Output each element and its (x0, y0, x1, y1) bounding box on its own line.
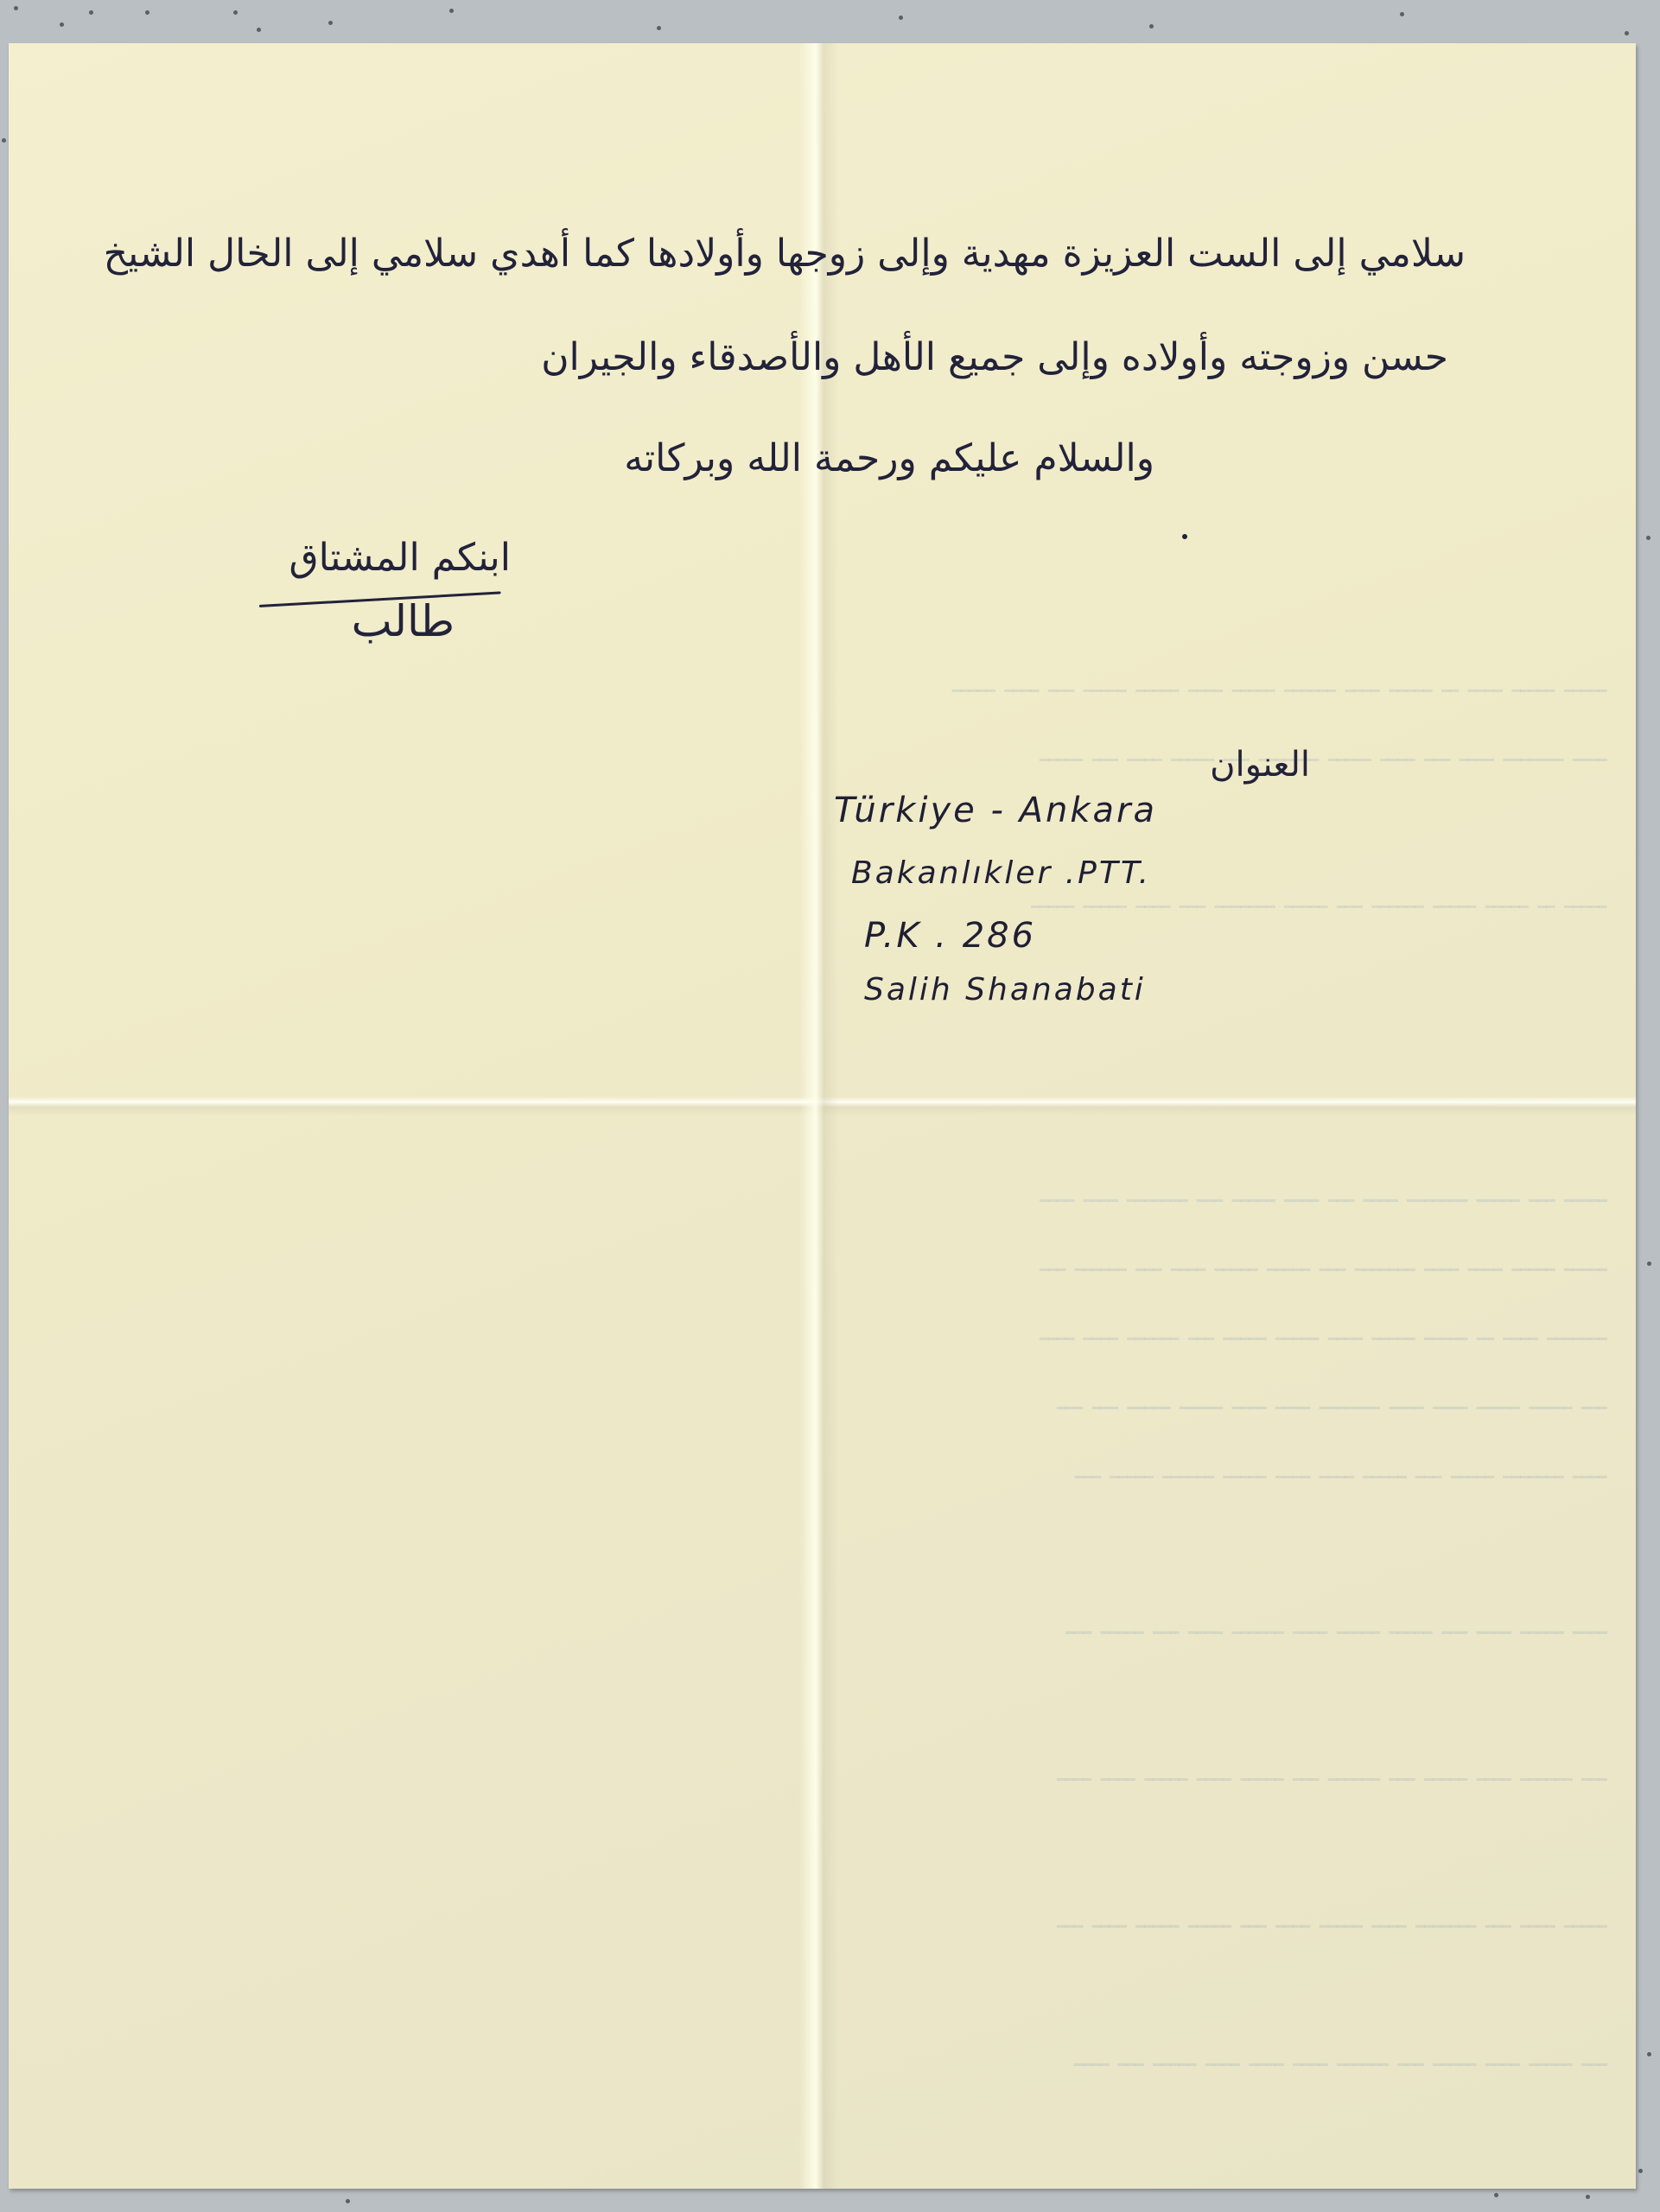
bleed-through-text: ـــــــ ــــ ــ ـــــ ـــــ ــــ ـــــ ـ… (225, 1313, 1607, 1348)
background-speck (657, 26, 661, 30)
letter-line-3: والسلام عليكم ورحمة الله وبركاته (463, 436, 1154, 480)
bleed-through-text: ـــ ــــــ ــــ ـــــ ـــ ــــــ ـــ ـــ… (225, 1754, 1607, 1789)
signature-name: طالب (282, 596, 455, 646)
address-line-2: Bakanlıkler .PTT. (851, 855, 1151, 891)
background-speck (1494, 2193, 1498, 2197)
background-speck (1638, 2169, 1643, 2173)
bleed-through-text: ــــ ـــــ ــــ ـــ ـــــ ـــــ ــــ ـــ… (225, 1607, 1607, 1642)
background-speck (233, 10, 238, 15)
background-speck (328, 21, 333, 25)
background-speck (1646, 536, 1650, 540)
address-line-3: P.K . 286 (864, 916, 1036, 956)
bleed-through-text: ـــ ـــــ ـــــ ــــ ــــ ـــــــ ــــ ـ… (225, 1382, 1607, 1417)
address-label: العنوان (1051, 745, 1310, 785)
background-speck (346, 2199, 350, 2203)
bleed-through-text: ــــ ـــــــ ــــ ـــ ــــ ـــــ ـــــــ… (225, 734, 1607, 769)
background-speck (1149, 24, 1154, 29)
background-speck (899, 16, 903, 20)
background-speck (60, 22, 64, 27)
background-speck (1625, 31, 1629, 35)
letter-line-2: حسن وزوجته وأولاده وإلى جميع الأهل والأص… (325, 335, 1448, 379)
background-speck (1647, 1262, 1651, 1266)
bleed-through-text: ـــــ ـــ ـــــ ـــــــ ــــ ـــ ــــ ــ… (225, 1175, 1607, 1210)
background-speck (1647, 2052, 1651, 2056)
address-line-1: Türkiye - Ankara (834, 791, 1157, 830)
bleed-through-text: ـــ ـــــ ــــ ـــــ ـــ ــــــ ــــ ـــ… (225, 2039, 1607, 2074)
background-speck (1400, 12, 1404, 16)
ink-dot (1182, 534, 1187, 539)
background-speck (257, 28, 261, 32)
bleed-through-text: ـــــ ـــــ ــــ ــــ ـــــــ ـــ ـــــ … (225, 1244, 1607, 1279)
background-speck (145, 10, 149, 15)
closing-phrase: ابنكم المشتاق (165, 536, 511, 580)
background-speck (2, 138, 6, 143)
background-speck (89, 10, 93, 15)
bleed-through-text: ـــــ ـــــ ــــ ــ ـــــ ــــ ــــــ ــ… (225, 665, 1607, 700)
address-line-4: Salih Shanabati (864, 972, 1146, 1007)
letter-line-1: سلامي إلى الست العزيزة مهدية وإلى زوجها … (66, 232, 1466, 276)
background-speck (449, 9, 454, 13)
background-speck (1586, 2195, 1590, 2199)
background-speck (14, 6, 18, 10)
bleed-through-text: ــــ ـــــــ ـــــ ـــ ـــــ ــــ ــــ ـ… (225, 1452, 1607, 1486)
bleed-through-text: ـــــ ــــ ـــ ـــــــ ــــ ـــــ ــــ ـ… (225, 1901, 1607, 1935)
